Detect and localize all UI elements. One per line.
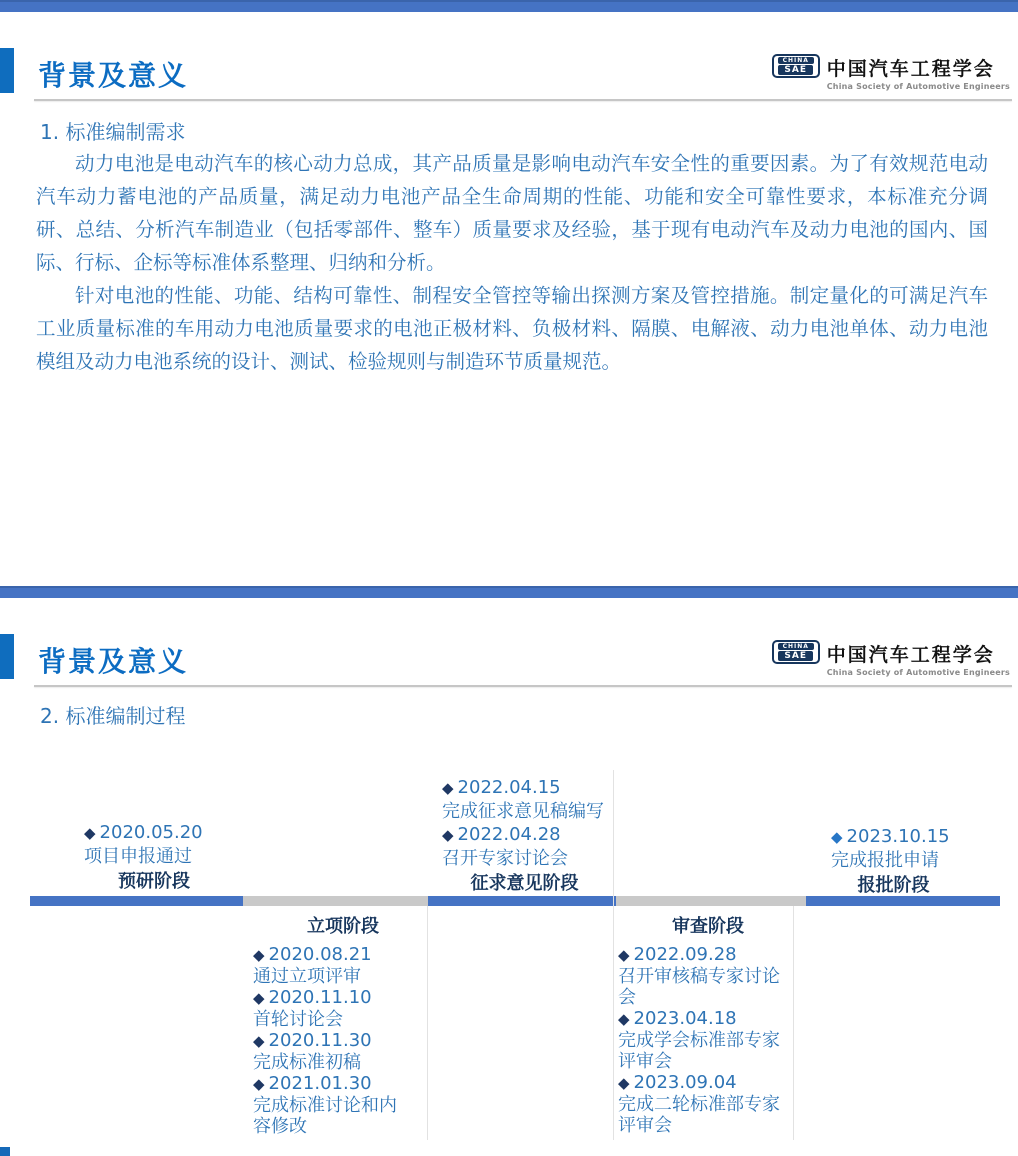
timeline-text-line: 完成学会标准部专家 xyxy=(618,1030,798,1051)
stage-milestones: ◆2020.08.21通过立项评审◆2020.11.10首轮讨论会◆2020.1… xyxy=(253,944,433,1137)
diamond-bullet-icon: ◆ xyxy=(253,1032,265,1050)
timeline-bar-segment-blue xyxy=(428,896,616,906)
timeline-text-line: ◆2023.04.18 xyxy=(618,1008,798,1030)
logo-text: 中国汽车工程学会 China Society of Automotive Eng… xyxy=(827,640,1010,677)
timeline-text-line: 召开审核稿专家讨论 xyxy=(618,966,798,987)
timeline-bar-segment-gray xyxy=(243,896,428,906)
diamond-bullet-icon: ◆ xyxy=(253,989,265,1007)
paragraph-1: 动力电池是电动汽车的核心动力总成，其产品质量是影响电动汽车安全性的重要因素。为了… xyxy=(36,147,988,279)
stage-label: 报批阶段 xyxy=(831,873,956,899)
timeline-text-line: ◆2020.11.30 xyxy=(253,1030,433,1052)
timeline-text-line: ◆2022.04.15 xyxy=(442,776,607,800)
timeline-stage-pre-research: ◆2020.05.20项目申报通过 预研阶段 xyxy=(84,821,224,895)
slide1-title: 背景及意义 xyxy=(38,54,188,94)
diamond-bullet-icon: ◆ xyxy=(618,946,630,964)
diamond-bullet-icon: ◆ xyxy=(84,824,96,842)
slide1-section-heading: 1. 标准编制需求 xyxy=(40,116,185,145)
timeline-stage-project-initiation: 立项阶段 ◆2020.08.21通过立项评审◆2020.11.10首轮讨论会◆2… xyxy=(253,914,433,1137)
stage-label: 预研阶段 xyxy=(84,869,224,895)
timeline-text-line: ◆2021.01.30 xyxy=(253,1073,433,1095)
timeline-text-line: 评审会 xyxy=(618,1051,798,1072)
timeline-bar-segment-gray xyxy=(616,896,806,906)
stage-label: 征求意见阶段 xyxy=(442,871,607,897)
slide2-title: 背景及意义 xyxy=(38,640,188,680)
timeline-text-line: ◆2020.08.21 xyxy=(253,944,433,966)
logo-text: 中国汽车工程学会 China Society of Automotive Eng… xyxy=(827,54,1010,91)
timeline-text-line: 会 xyxy=(618,987,798,1008)
slide2-section-heading: 2. 标准编制过程 xyxy=(40,700,185,729)
slide1-top-bar xyxy=(0,0,1018,12)
timeline-column-divider xyxy=(613,770,614,1140)
diamond-bullet-icon: ◆ xyxy=(442,826,454,844)
logo-name-en: China Society of Automotive Engineers xyxy=(827,82,1010,91)
csae-logo: CHINA SAE 中国汽车工程学会 China Society of Auto… xyxy=(772,54,1010,91)
badge-sae-label: SAE xyxy=(778,65,813,75)
timeline-text-line: ◆2022.04.28 xyxy=(442,823,607,847)
timeline-text-line: 完成标准初稿 xyxy=(253,1052,433,1073)
title-divider-line xyxy=(34,99,1012,101)
timeline-stage-approval-submission: ◆2023.10.15完成报批申请 报批阶段 xyxy=(831,825,956,899)
timeline-text-line: ◆2023.09.04 xyxy=(618,1072,798,1094)
slide1-body: 动力电池是电动汽车的核心动力总成，其产品质量是影响电动汽车安全性的重要因素。为了… xyxy=(36,147,988,378)
timeline-text-line: 完成报批申请 xyxy=(831,849,956,872)
stage-label: 审查阶段 xyxy=(618,914,798,940)
badge-china-label: CHINA xyxy=(778,57,814,64)
diamond-bullet-icon: ◆ xyxy=(618,1010,630,1028)
timeline-stage-review: 审查阶段 ◆2022.09.28召开审核稿专家讨论会◆2023.04.18完成学… xyxy=(618,914,798,1136)
timeline-text-line: 完成征求意见稿编写 xyxy=(442,800,607,823)
timeline-text-line: 完成标准讨论和内 xyxy=(253,1095,433,1116)
title-divider-line xyxy=(34,685,1012,687)
slide2-top-bar xyxy=(0,586,1018,598)
logo-name-cn: 中国汽车工程学会 xyxy=(827,640,1010,667)
logo-name-en: China Society of Automotive Engineers xyxy=(827,668,1010,677)
slides-document: 背景及意义 CHINA SAE 中国汽车工程学会 China Society o… xyxy=(0,0,1018,1156)
sae-badge-icon: CHINA SAE xyxy=(772,54,820,78)
slide1-title-accent-bar xyxy=(0,48,14,93)
stage-milestones: ◆2023.10.15完成报批申请 xyxy=(831,825,956,872)
timeline-text-line: 项目申报通过 xyxy=(84,845,224,868)
next-page-edge-mark xyxy=(0,1147,10,1156)
timeline-text-line: 召开专家讨论会 xyxy=(442,847,607,870)
timeline-text-line: ◆2020.11.10 xyxy=(253,987,433,1009)
csae-logo: CHINA SAE 中国汽车工程学会 China Society of Auto… xyxy=(772,640,1010,677)
stage-milestones: ◆2022.09.28召开审核稿专家讨论会◆2023.04.18完成学会标准部专… xyxy=(618,944,798,1136)
timeline-text-line: ◆2022.09.28 xyxy=(618,944,798,966)
diamond-bullet-icon: ◆ xyxy=(618,1074,630,1092)
stage-milestones: ◆2020.05.20项目申报通过 xyxy=(84,821,224,868)
timeline-text-line: 容修改 xyxy=(253,1116,433,1137)
sae-badge-icon: CHINA SAE xyxy=(772,640,820,664)
paragraph-2: 针对电池的性能、功能、结构可靠性、制程安全管控等输出探测方案及管控措施。制定量化… xyxy=(36,279,988,378)
timeline-text-line: 首轮讨论会 xyxy=(253,1009,433,1030)
timeline-text-line: ◆2023.10.15 xyxy=(831,825,956,849)
slide2-title-accent-bar xyxy=(0,634,14,679)
stage-milestones: ◆2022.04.15完成征求意见稿编写◆2022.04.28召开专家讨论会 xyxy=(442,776,607,870)
timeline-text-line: ◆2020.05.20 xyxy=(84,821,224,845)
badge-china-label: CHINA xyxy=(778,643,814,650)
logo-name-cn: 中国汽车工程学会 xyxy=(827,54,1010,81)
diamond-bullet-icon: ◆ xyxy=(253,946,265,964)
timeline-stage-comment-solicitation: ◆2022.04.15完成征求意见稿编写◆2022.04.28召开专家讨论会 征… xyxy=(442,776,607,897)
timeline-text-line: 通过立项评审 xyxy=(253,966,433,987)
timeline-text-line: 评审会 xyxy=(618,1115,798,1136)
diamond-bullet-icon: ◆ xyxy=(831,828,843,846)
stage-label: 立项阶段 xyxy=(253,914,433,940)
timeline-bar-segment-blue xyxy=(30,896,243,906)
badge-sae-label: SAE xyxy=(778,651,813,661)
timeline-text-line: 完成二轮标准部专家 xyxy=(618,1094,798,1115)
diamond-bullet-icon: ◆ xyxy=(253,1075,265,1093)
diamond-bullet-icon: ◆ xyxy=(442,779,454,797)
